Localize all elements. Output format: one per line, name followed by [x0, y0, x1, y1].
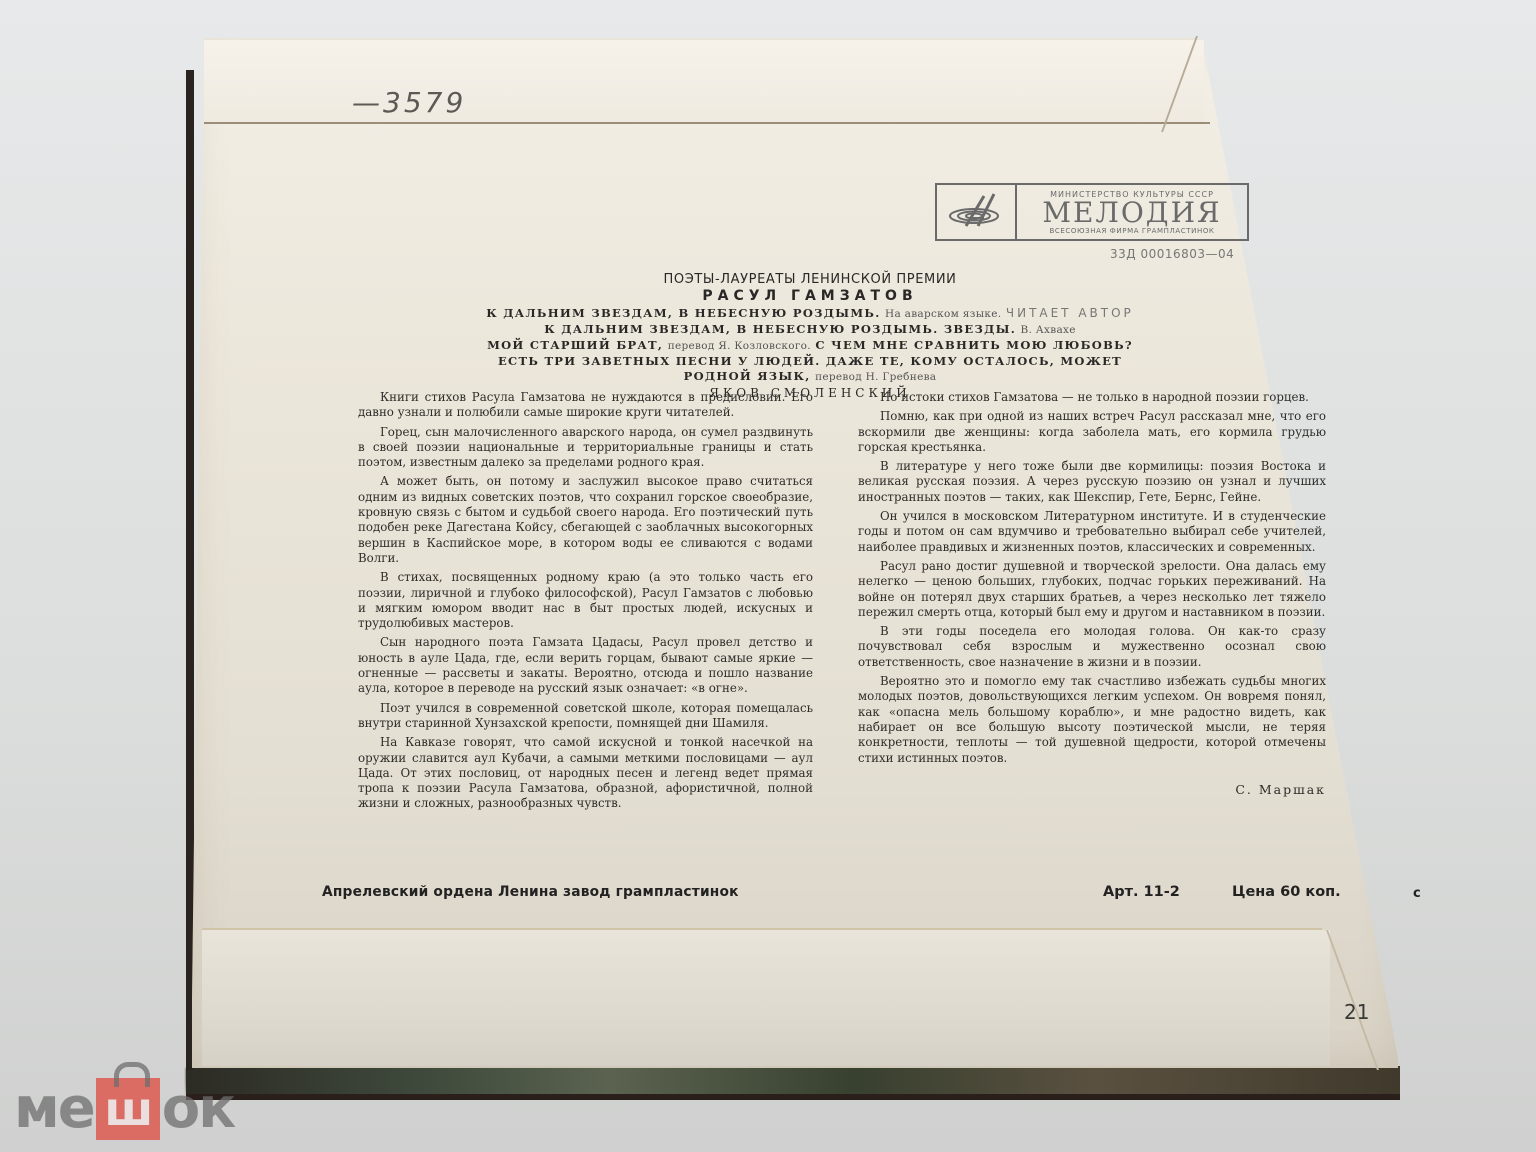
essay-paragraph: В стихах, посвященных родному краю (а эт… [358, 570, 813, 631]
essay-paragraph: Сын народного поэта Гамзата Цадасы, Расу… [358, 635, 813, 696]
sleeve-edge [186, 1066, 1400, 1100]
essay-paragraph: Поэт учился в современной советской школ… [358, 701, 813, 732]
essay-paragraph: А может быть, он потому и заслужил высок… [358, 474, 813, 566]
manufacturer-text: Апрелевский ордена Ленина завод грамплас… [322, 884, 739, 900]
essay-signature: С. Маршак [858, 782, 1326, 797]
essay-paragraph: Книги стихов Расула Гамзатова не нуждают… [358, 390, 813, 421]
site-watermark: ме ш ок [14, 1076, 234, 1141]
essay-paragraph: Вероятно это и помогло ему так счастливо… [858, 674, 1326, 766]
track-line: К ДАЛЬНИМ ЗВЕЗДАМ, В НЕБЕСНУЮ РОЗДЫМЬ. Н… [380, 306, 1240, 322]
top-flap-fold [204, 122, 1210, 124]
handwritten-page-number: 21 [1344, 1000, 1369, 1024]
company-text: ВСЕСОЮЗНАЯ ФИРМА ГРАМПЛАСТИНОК [1049, 227, 1214, 235]
melodiya-logo-icon [937, 185, 1017, 239]
sleeve-left-edge [186, 70, 194, 1070]
track-line: РОДНОЙ ЯЗЫК, перевод Н. Гребнева [380, 369, 1240, 385]
essay-paragraph: Он учился в московском Литературном инст… [858, 509, 1326, 555]
series-title: ПОЭТЫ-ЛАУРЕАТЫ ЛЕНИНСКОЙ ПРЕМИИ [380, 272, 1240, 287]
author-name: РАСУЛ ГАМЗАТОВ [380, 288, 1240, 304]
melodiya-label: МИНИСТЕРСТВО КУЛЬТУРЫ СССР МЕЛОДИЯ ВСЕСО… [935, 183, 1249, 241]
sleeve-bottom-flap [202, 930, 1330, 1066]
essay-paragraph: Расул рано достиг душевной и творческой … [858, 559, 1326, 620]
essay-right-column: Но истоки стихов Гамзатова — не только в… [858, 390, 1326, 797]
handwritten-inventory-number: —3579 [352, 86, 466, 119]
record-header: ПОЭТЫ-ЛАУРЕАТЫ ЛЕНИНСКОЙ ПРЕМИИ РАСУЛ ГА… [380, 272, 1240, 400]
footer-mark: с [1413, 886, 1421, 901]
essay-paragraph: В литературе у него тоже были две кормил… [858, 459, 1326, 505]
essay-paragraph: Но истоки стихов Гамзатова — не только в… [858, 390, 1326, 405]
essay-paragraph: На Кавказе говорят, что самой искусной и… [358, 735, 813, 811]
price-text: Цена 60 коп. [1232, 884, 1341, 900]
shopping-bag-icon: ш [96, 1078, 160, 1140]
essay-paragraph: В эти годы поседела его молодая голова. … [858, 624, 1326, 670]
track-line: МОЙ СТАРШИЙ БРАТ, перевод Я. Козловского… [380, 338, 1240, 354]
essay-paragraph: Горец, сын малочисленного аварского наро… [358, 425, 813, 471]
brand-name: МЕЛОДИЯ [1042, 199, 1221, 227]
essay-left-column: Книги стихов Расула Гамзатова не нуждают… [358, 390, 813, 816]
article-number: Арт. 11-2 [1103, 884, 1180, 900]
track-line: К ДАЛЬНИМ ЗВЕЗДАМ, В НЕБЕСНУЮ РОЗДЫМЬ. З… [380, 322, 1240, 338]
track-line: ЕСТЬ ТРИ ЗАВЕТНЫХ ПЕСНИ У ЛЮДЕЙ. ДАЖЕ ТЕ… [380, 354, 1240, 369]
essay-paragraph: Помню, как при одной из наших встреч Рас… [858, 409, 1326, 455]
catalog-number: 33Д 00016803—04 [1110, 247, 1234, 261]
